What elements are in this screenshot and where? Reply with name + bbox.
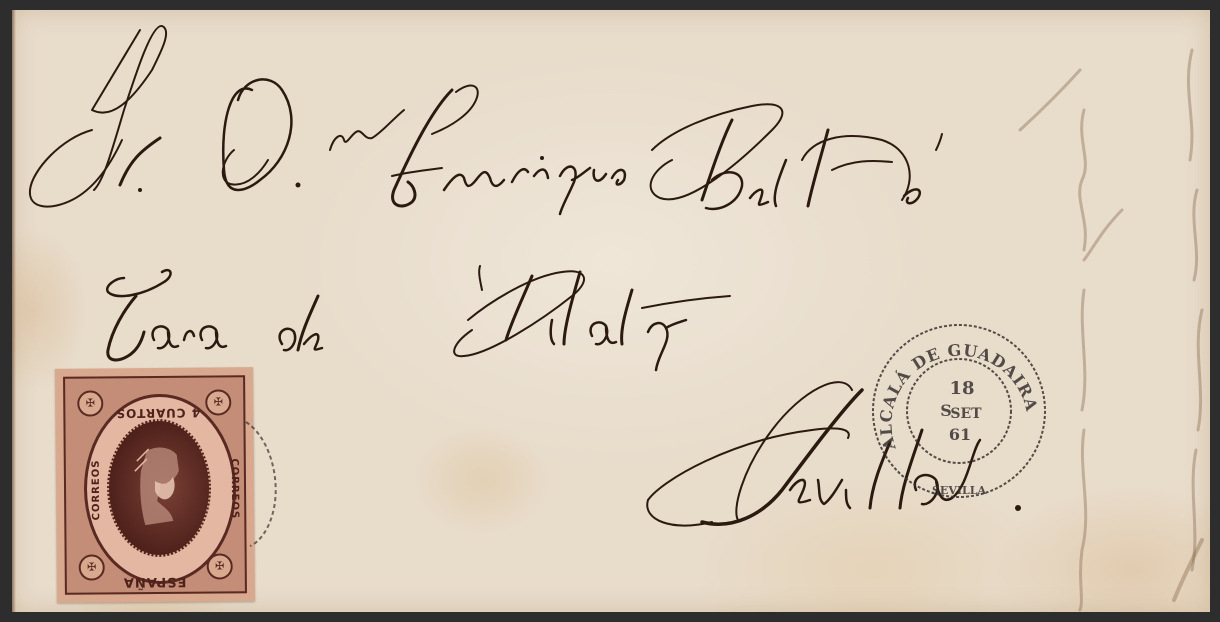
postmark-month: SET <box>950 406 982 422</box>
cancellation-arc <box>240 418 290 548</box>
handwriting-line-2 <box>107 266 730 370</box>
stamp-label-left: CORREOS <box>91 460 103 521</box>
stamp-corner-ornament-icon: ✠ <box>205 389 231 415</box>
circular-datestamp: ALCALÁ DE GUADAIRA 18 S SET 61 SEVILLA <box>866 318 1052 504</box>
stamp-denomination: 4 CUARTOS <box>115 406 200 421</box>
stamp-oval-frame <box>83 393 237 584</box>
postmark-day: 18 <box>949 378 974 399</box>
postage-stamp: ✠ ✠ ✠ ✠ 4 CUARTOS ESPAÑA CORREOS <box>55 367 255 603</box>
image-frame: Sr. D.n Enrique Beltrán Casa de Pilatos … <box>0 0 1220 622</box>
envelope-paper: Sr. D.n Enrique Beltrán Casa de Pilatos … <box>12 10 1210 612</box>
postmark-region: SEVILLA <box>932 484 986 497</box>
stamp-corner-ornament-icon: ✠ <box>77 390 103 416</box>
stamp-border: ✠ ✠ ✠ ✠ 4 CUARTOS ESPAÑA CORREOS <box>63 375 247 595</box>
handwriting-line-1 <box>30 26 942 214</box>
stamp-label-right: CORREOS <box>229 458 241 519</box>
stamp-corner-ornament-icon: ✠ <box>79 554 105 580</box>
stamp-portrait-background <box>106 419 211 558</box>
postmark-year: 61 <box>949 425 971 444</box>
queen-portrait-icon <box>127 441 192 534</box>
stamp-country: ESPAÑA <box>123 574 187 590</box>
